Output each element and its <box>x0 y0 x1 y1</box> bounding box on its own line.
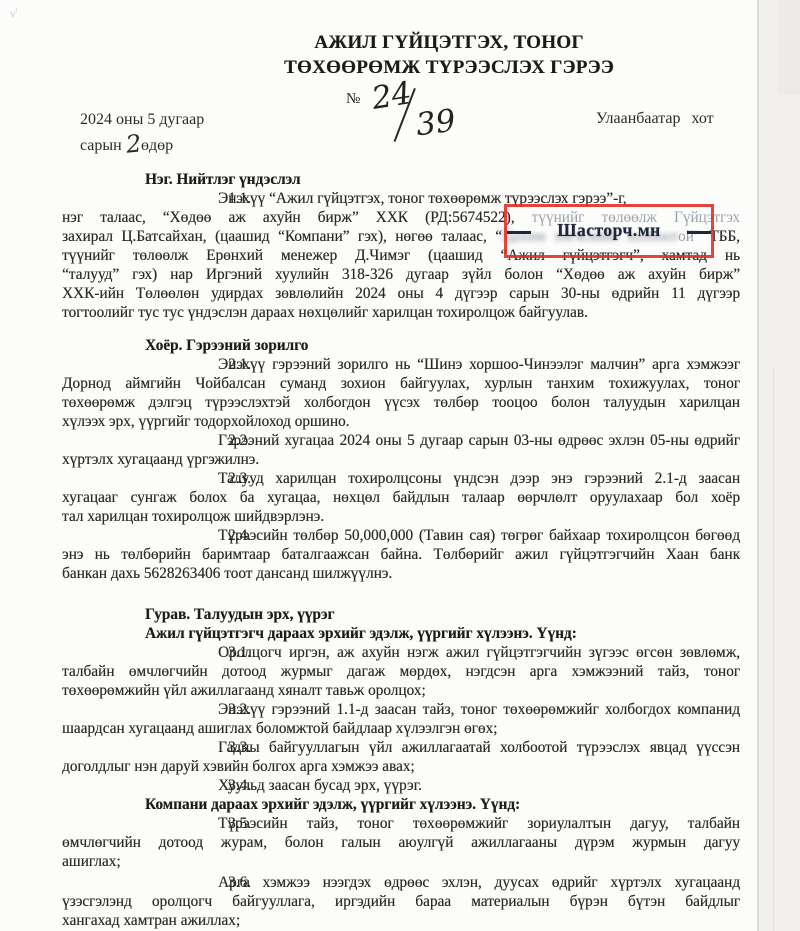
date-prefix: сарын <box>80 137 122 154</box>
clause-text: Түрээсийн төлбөр 50,000,000 (Тавин сая) … <box>218 527 740 544</box>
clause-number: 3.3. <box>145 738 218 757</box>
clause-text: Хуульд заасан бусад эрх, үүрэг. <box>218 777 422 794</box>
clause-3-1-line: 3.1.Оролцогч иргэн, аж ахуйн нэгж ажил г… <box>62 643 740 662</box>
clause-text: Энэхүү гэрээний 1.1-д заасан тайз, тоног… <box>218 701 740 718</box>
clause-text: Оролцогч иргэн, аж ахуйн нэгж ажил гүйцэ… <box>218 644 740 661</box>
handwritten-number-denominator: 39 <box>414 103 458 144</box>
section-3-subheading-contractor: Ажил гүйцэтгэгч дараах эрхийг эдэлж, үүр… <box>62 624 740 643</box>
text-line: ХХК-ийн Төлөөлөн удирдах зөвлөлийн 2024 … <box>62 284 740 303</box>
text-line: тал харилцан тохиролцож шийдвэрлэнэ. <box>62 507 740 526</box>
clause-2-2-line: 2.2.Гэрээний хугацаа 2024 оны 5 дугаар с… <box>62 431 740 450</box>
scan-edge-line <box>773 368 774 931</box>
text-line: өмчлөгчийн дотоод журам, болон галын аюу… <box>62 833 740 852</box>
text-line: Дорнод аймгийн Чойбалсан суманд зохион б… <box>62 374 740 393</box>
date-line-2: сарын 2өдөр <box>80 131 204 157</box>
clause-number: 2.3. <box>145 469 218 488</box>
contract-body: Нэг. Нийтлэг үндэслэл 1.1.Энэхүү “Ажил г… <box>62 170 740 930</box>
clause-text: Арга хэмжээ нээгдэх өдрөөс эхлэн, дуусах… <box>218 874 740 891</box>
text-line: хангахад хамтран ажиллах; <box>62 911 740 930</box>
watermark-text: Шасторч.мн <box>504 220 714 241</box>
clause-number: 2.4. <box>145 526 218 545</box>
clause-number: 3.4. <box>145 776 218 795</box>
text-line: үзэсгэлэнд оролцогч байгууллага, иргэдий… <box>62 892 740 911</box>
date-block: 2024 оны 5 дугаар сарын 2өдөр <box>80 108 204 157</box>
clause-3-2-line: 3.2.Энэхүү гэрээний 1.1-д заасан тайз, т… <box>62 700 740 719</box>
clause-2-1-line: 2.1.Энэхүү гэрээний зорилго нь “Шинэ хор… <box>62 355 740 374</box>
text-line: төхөөрөмжийн үйл ажиллагаанд хяналт тавь… <box>62 681 740 700</box>
document-title: АЖИЛ ГҮЙЦЭТГЭХ, ТОНОГ ТӨХӨӨРӨМЖ ТҮРЭЭСЛЭ… <box>49 30 800 80</box>
section-3-subheading-company: Компани дараах эрхийг эдэлж, үүргийг хүл… <box>62 795 740 814</box>
clause-number: 1.1. <box>145 189 218 208</box>
clause-number: 2.1. <box>145 355 218 374</box>
text-line: энэ нь төлбөрийн баримтаар баталгаажсан … <box>62 545 740 564</box>
text-line: хугацааг сунгаж болох ба хугацаа, нөхцөл… <box>62 488 740 507</box>
clause-text: захирал Ц.Батсайхан, (цаашид “Компани” г… <box>62 228 502 245</box>
handwritten-day: 2 <box>125 132 143 156</box>
watermark-label: Шасторч.мн <box>557 220 660 240</box>
section-2-heading: Хоёр. Гэрээний зорилго <box>62 336 740 355</box>
clause-text: Гадны байгууллагын үйл ажиллагаатай холб… <box>218 739 740 756</box>
city-label: Улаанбаатар хот <box>596 110 714 128</box>
clause-text: Түрээсийн тайз, тоног төхөөрөмжийг зориу… <box>218 815 740 832</box>
text-line: талбайн өмчлөгчийн дотоод журмыг дагаж м… <box>62 662 740 681</box>
text-line: ашиглах; <box>62 852 740 871</box>
clause-number: 2.2. <box>145 431 218 450</box>
text-line: тогтоолийг тус тус үндэслэн дараах нөхцө… <box>62 303 740 322</box>
text-line: шаардсан хугацаанд ашиглах боломжтой бай… <box>62 719 740 738</box>
text-line: хүртэлх хугацаанд үргэжилнэ. <box>62 450 740 469</box>
clause-number: 3.1. <box>145 643 218 662</box>
clause-3-5-line: 3.5.Түрээсийн тайз, тоног төхөөрөмжийг з… <box>62 814 740 833</box>
section-1-heading: Нэг. Нийтлэг үндэслэл <box>62 170 740 189</box>
clause-2-4-line: 2.4.Түрээсийн төлбөр 50,000,000 (Тавин с… <box>62 526 740 545</box>
title-line-2: ТӨХӨӨРӨМЖ ТҮРЭЭСЛЭХ ГЭРЭЭ <box>49 55 800 80</box>
scan-edge-shadow <box>757 0 800 931</box>
clause-number: 3.5. <box>145 814 218 833</box>
clause-3-4-line: 3.4.Хуульд заасан бусад эрх, үүрэг. <box>62 776 740 795</box>
clause-text: Энэхүү гэрээний зорилго нь “Шинэ хоршоо-… <box>218 356 740 373</box>
clause-text: Талууд харилцан тохиролцсоны үндсэн дээр… <box>218 470 740 487</box>
text-line: хүлээх эрх, үүргийг тодорхойлоход оршино… <box>62 412 740 431</box>
clause-3-6-line: 3.6.Арга хэмжээ нээгдэх өдрөөс эхлэн, ду… <box>62 873 740 892</box>
clause-number: 3.6. <box>145 873 218 892</box>
text-line: доголдлыг нэн даруй хэвийн болгох арга х… <box>62 757 740 776</box>
text-line: банкан дахь 5628263406 тоот дансанд шилж… <box>62 564 740 583</box>
section-3-heading: Гурав. Талуудын эрх, үүрэг <box>62 605 740 624</box>
text-line: “талууд” гэх) нар Иргэний хуулийн 318-32… <box>62 265 740 284</box>
clause-3-3-line: 3.3.Гадны байгууллагын үйл ажиллагаатай … <box>62 738 740 757</box>
text-line: төхөөрөмж дэлгэц түрээслэхтэй холбогдон … <box>62 393 740 412</box>
date-line-1: 2024 оны 5 дугаар <box>80 108 204 131</box>
number-symbol: № <box>346 91 360 108</box>
clause-text: Гэрээний хугацаа 2024 оны 5 дугаар сарын… <box>218 432 740 449</box>
document-page: v' АЖИЛ ГҮЙЦЭТГЭХ, ТОНОГ ТӨХӨӨРӨМЖ ТҮРЭЭ… <box>0 0 800 931</box>
clause-number: 3.2. <box>145 700 218 719</box>
clause-text: нэг талаас, “Хөдөө аж ахуйн бирж” ХХК (Р… <box>62 209 532 226</box>
date-suffix: өдөр <box>141 137 173 154</box>
title-line-1: АЖИЛ ГҮЙЦЭТГЭХ, ТОНОГ <box>49 30 800 55</box>
clause-2-3-line: 2.3.Талууд харилцан тохиролцсоны үндсэн … <box>62 469 740 488</box>
pen-mark-artifact: v' <box>9 5 20 21</box>
